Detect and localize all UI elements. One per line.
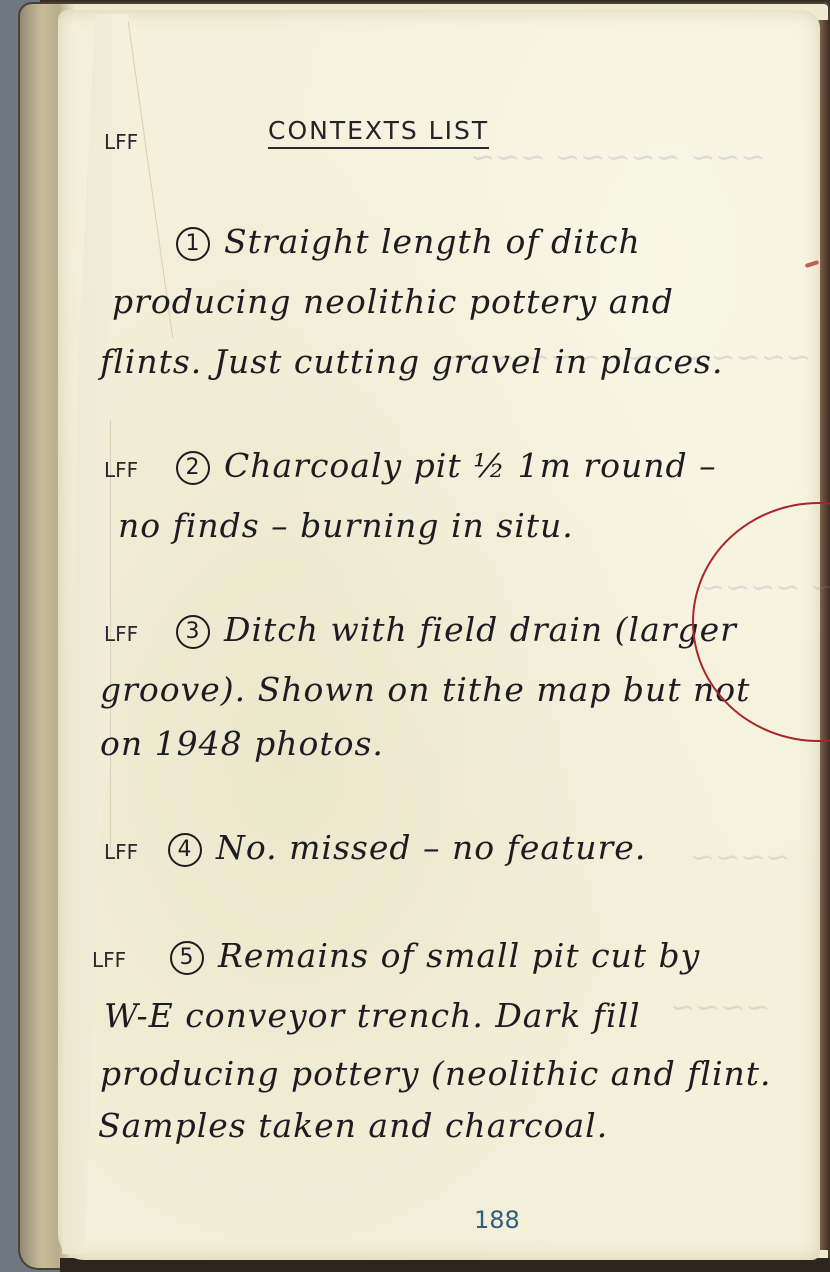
page-title: CONTEXTS LIST — [268, 116, 489, 149]
context-number-badge: 5 — [170, 941, 204, 975]
entry-line: flints. Just cutting gravel in places. — [100, 342, 723, 381]
entry-line: Straight length of ditch — [224, 222, 641, 261]
bleed-through-text: ~~~~ — [670, 990, 771, 1025]
entry-line: No. missed – no feature. — [216, 828, 646, 867]
entry-line: Samples taken and charcoal. — [98, 1106, 608, 1145]
entry-line: no finds – burning in situ. — [118, 506, 574, 545]
book-bottom-edge — [60, 1258, 830, 1272]
context-number-badge: 3 — [176, 615, 210, 649]
context-entry-5: 5Remains of small pit cut by — [170, 936, 700, 975]
entry-line: Charcoaly pit ½ 1m round – — [224, 446, 717, 485]
context-entry-1: 1Straight length of ditch — [176, 222, 641, 261]
header-margin-code: LFF — [104, 130, 138, 154]
entry-line: on 1948 photos. — [100, 724, 384, 763]
entry-margin-code: LFF — [104, 622, 138, 646]
context-number-badge: 2 — [176, 451, 210, 485]
entry-line: Remains of small pit cut by — [218, 936, 700, 975]
entry-line: Ditch with field drain (larger — [224, 610, 737, 649]
page-number: 188 — [474, 1206, 520, 1234]
entry-margin-code: LFF — [92, 948, 126, 972]
entry-line: producing neolithic pottery and — [112, 282, 674, 321]
entry-line: groove). Shown on tithe map but not — [100, 670, 750, 709]
entry-line: W-E conveyor trench. Dark fill — [104, 996, 641, 1035]
context-entry-3: 3Ditch with field drain (larger — [176, 610, 737, 649]
context-number-badge: 4 — [168, 833, 202, 867]
entry-margin-code: LFF — [104, 458, 138, 482]
entry-margin-code: LFF — [104, 840, 138, 864]
bleed-through-text: ~~~ ~~~~~ ~~~ — [470, 140, 766, 175]
context-entry-4: 4No. missed – no feature. — [168, 828, 646, 867]
entry-line: producing pottery (neolithic and flint. — [100, 1054, 772, 1093]
context-entry-2: 2Charcoaly pit ½ 1m round – — [176, 446, 717, 485]
context-number-badge: 1 — [176, 227, 210, 261]
bleed-through-text: ~~~~ — [690, 840, 791, 875]
